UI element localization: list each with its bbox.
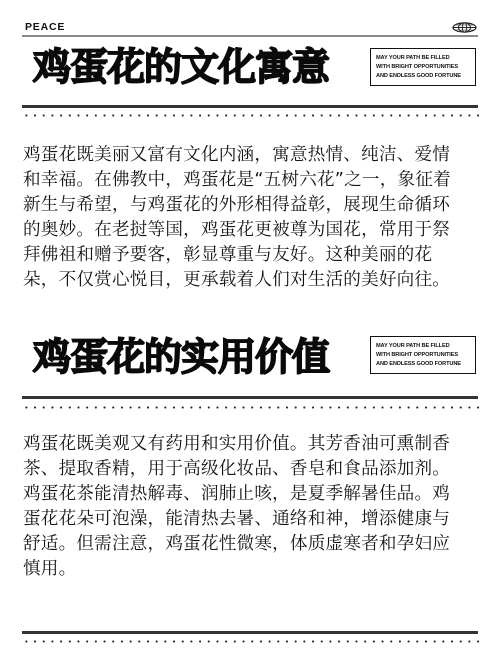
top-divider bbox=[22, 35, 478, 37]
section-title-practical: 鸡蛋花的实用价值 bbox=[33, 336, 329, 378]
footer-divider bbox=[22, 631, 478, 634]
footer-dotted-divider bbox=[22, 640, 480, 643]
dotted-divider bbox=[22, 406, 480, 409]
motto-line: AND ENDLESS GOOD FORTUNE bbox=[376, 360, 471, 369]
section-divider bbox=[22, 105, 478, 108]
motto-box: MAY YOUR PATH BE FILLED WITH BRIGHT OPPO… bbox=[370, 48, 476, 86]
section-body-practical: 鸡蛋花既美观又有药用和实用价值。其芳香油可熏制香茶、提取香精，用于高级化妆品、香… bbox=[23, 432, 463, 582]
motto-box: MAY YOUR PATH BE FILLED WITH BRIGHT OPPO… bbox=[370, 336, 476, 374]
motto-line: WITH BRIGHT OPPORTUNITIES bbox=[376, 63, 471, 72]
motto-line: WITH BRIGHT OPPORTUNITIES bbox=[376, 351, 471, 360]
section-body-culture: 鸡蛋花既美丽又富有文化内涵，寓意热情、纯洁、爱情和幸福。在佛教中，鸡蛋花是“五树… bbox=[23, 143, 463, 293]
section-divider bbox=[22, 396, 478, 399]
brand-label: PEACE bbox=[25, 21, 65, 33]
motto-line: MAY YOUR PATH BE FILLED bbox=[376, 54, 471, 63]
motto-line: MAY YOUR PATH BE FILLED bbox=[376, 342, 471, 351]
section-title-culture: 鸡蛋花的文化寓意 bbox=[33, 46, 329, 88]
motto-line: AND ENDLESS GOOD FORTUNE bbox=[376, 72, 471, 81]
dotted-divider bbox=[22, 114, 480, 117]
globe-icon bbox=[452, 22, 477, 33]
